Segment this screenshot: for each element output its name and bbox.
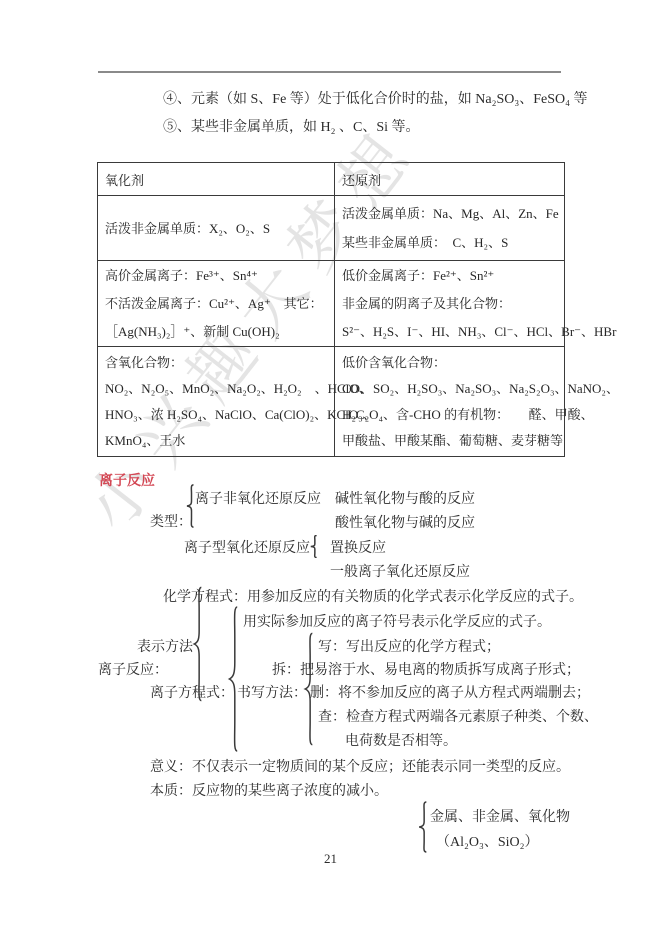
intro-item-4: ④、元素（如 S、Fe 等）处于低化合价时的盐，如 Na₂SO₃、FeSO₄ 等 — [163, 88, 588, 108]
table-cell-line: 甲酸盐、甲酸某酯、葡萄糖、麦芽糖等 — [342, 428, 564, 454]
curly-brace-writing-steps — [303, 631, 314, 747]
table-cell-line: ［Ag(NH₃)₂］⁺、新制 Cu(OH)₂ — [105, 318, 334, 346]
type-displacement: 置换反应 — [330, 537, 386, 557]
table-cell-line: CO、SO₂、H₂SO₃、Na₂SO₃、Na₂S₂O₃、NaNO₂、 — [342, 376, 564, 402]
step-check-cont: 电荷数是否相等。 — [345, 730, 457, 750]
method-label: 表示方法 — [137, 636, 193, 656]
chem-equation-def: 化学方程式：用参加反应的有关物质的化学式表示化学反应的式子。 — [163, 586, 583, 606]
step-check: 查：检查方程式两端各元素原子种类、个数、 — [318, 706, 598, 726]
meaning-line: 意义：不仅表示一定物质间的某个反应；还能表示同一类型的反应。 — [150, 756, 570, 776]
type-basic-oxide: 碱性氧化物与酸的反应 — [335, 488, 475, 508]
section-title: 离子反应 — [99, 470, 155, 490]
table-cell-line: NO₂、N₂O₅、MnO₂、Na₂O₂、H₂O₂ 、HClO、 — [105, 376, 334, 402]
type-general-redox: 一般离子氧化还原反应 — [330, 561, 470, 581]
type-ionic-redox: 离子型氧化还原反应 — [184, 537, 310, 557]
curly-brace-method — [192, 585, 203, 703]
header-rule — [98, 71, 561, 73]
table-row: 含氧化合物： NO₂、N₂O₅、MnO₂、Na₂O₂、H₂O₂ 、HClO、 H… — [98, 347, 565, 457]
step-split: 拆：把易溶于水、易电离的物质拆写成离子形式； — [272, 659, 580, 679]
essence-line: 本质：反应物的某些离子浓度的减小。 — [150, 780, 388, 800]
ion-reaction-label: 离子反应： — [98, 659, 168, 679]
table-cell-line: S²⁻、H₂S、I⁻、HI、NH₃、Cl⁻、HCl、Br⁻、HBr — [342, 318, 564, 346]
table-cell-line: 某些非金属单质： C、H₂、S — [342, 228, 564, 257]
table-cell-line: 活泼非金属单质：X₂、O₂、S — [105, 214, 334, 243]
curly-brace-ionic-redox — [309, 535, 318, 558]
table-cell-line: H₂C₂O₄、含-CHO 的有机物： 醛、甲酸、 — [342, 402, 564, 428]
intro-item-5: ⑤、某些非金属单质，如 H₂ 、C、Si 等。 — [163, 116, 420, 136]
step-delete: 删：将不参加反应的离子从方程式两端删去； — [310, 682, 590, 702]
table-cell-line: 低价含氧化合物： — [342, 350, 564, 376]
step-write: 写：写出反应的化学方程式； — [318, 636, 500, 656]
table-cell-line: KMnO₄、王水 — [105, 428, 334, 454]
type-acidic-oxide: 酸性氧化物与碱的反应 — [335, 512, 475, 532]
table-header-row: 氧化剂 还原剂 — [98, 163, 565, 196]
bottom-category-line2: （Al₂O₃、SiO₂） — [436, 831, 539, 851]
ionic-equation-def: 用实际参加反应的离子符号表示化学反应的式子。 — [243, 611, 551, 631]
table-cell-line: 低价金属离子：Fe²⁺、Sn²⁺ — [342, 262, 564, 290]
table-row: 高价金属离子：Fe³⁺、Sn⁴⁺ 不活泼金属离子：Cu²⁺、Ag⁺ 其它： ［A… — [98, 261, 565, 347]
table-cell-line: 不活泼金属离子：Cu²⁺、Ag⁺ 其它： — [105, 290, 334, 318]
oxidizer-reducer-table: 氧化剂 还原剂 活泼非金属单质：X₂、O₂、S 活泼金属单质：Na、Mg、Al、… — [97, 162, 565, 457]
table-header-reducer: 还原剂 — [342, 170, 564, 189]
page-number: 21 — [324, 851, 337, 867]
curly-brace-type — [185, 484, 195, 528]
bottom-category-line1: 金属、非金属、氧化物 — [430, 806, 570, 826]
writing-method-label: 书写方法： — [237, 682, 307, 702]
table-cell-line: 活泼金属单质：Na、Mg、Al、Zn、Fe — [342, 199, 564, 228]
table-cell-line: HNO₃、浓 H₂SO₄、NaClO、Ca(ClO)₂、KClO₃、 — [105, 402, 334, 428]
type-non-redox: 离子非氧化还原反应 — [195, 488, 321, 508]
document-page: 小兴趣大梦想 ④、元素（如 S、Fe 等）处于低化合价时的盐，如 Na₂SO₃、… — [0, 0, 660, 933]
curly-brace-bottom — [417, 801, 428, 853]
curly-brace-ionic-equation — [227, 604, 239, 754]
table-cell-line: 非金属的阴离子及其化合物： — [342, 290, 564, 318]
table-header-oxidizer: 氧化剂 — [105, 170, 334, 189]
table-row: 活泼非金属单质：X₂、O₂、S 活泼金属单质：Na、Mg、Al、Zn、Fe 某些… — [98, 196, 565, 261]
table-cell-line: 含氧化合物： — [105, 350, 334, 376]
table-cell-line: 高价金属离子：Fe³⁺、Sn⁴⁺ — [105, 262, 334, 290]
